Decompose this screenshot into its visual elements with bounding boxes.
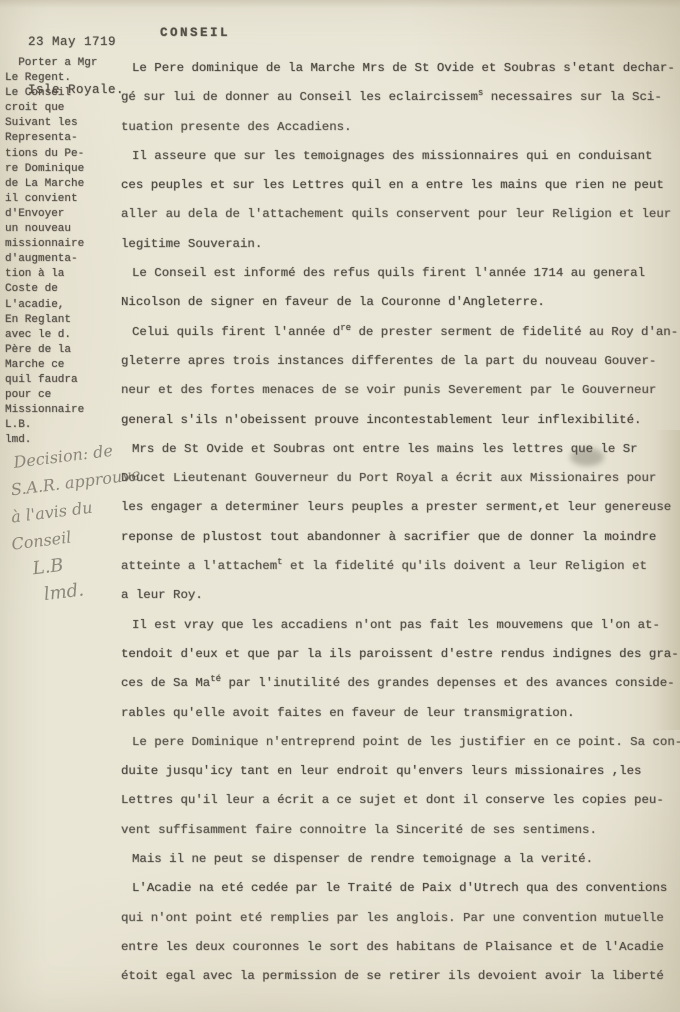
body-text: legitime Souverain. bbox=[121, 237, 262, 251]
superscript-abbreviation: re bbox=[340, 323, 351, 333]
body-line: Mrs de St Ovide et Soubras ont entre les… bbox=[121, 435, 677, 464]
body-line: aller au dela de l'attachement quils con… bbox=[121, 200, 677, 229]
body-line: ces de Sa Maté par l'inutilité des grand… bbox=[121, 669, 677, 698]
document-body: Le Pere dominique de la Marche Mrs de St… bbox=[121, 54, 677, 992]
scanned-document-page: 23 May 1719 Isle Royale. CONSEIL Porter … bbox=[0, 0, 680, 1012]
margin-line: L'acadie, bbox=[5, 298, 119, 313]
body-text: Le Conseil est informé des refus quils f… bbox=[132, 266, 645, 280]
body-text: Il asseure que sur les temoignages des m… bbox=[132, 149, 653, 163]
body-text: par l'inutilité des grandes depenses et … bbox=[221, 676, 675, 690]
margin-line: L.B. bbox=[5, 418, 119, 433]
body-line: a leur Roy. bbox=[121, 581, 677, 610]
body-text: necessaires sur la Sci- bbox=[483, 90, 661, 104]
body-text: gé sur lui de donner au Conseil les ecla… bbox=[121, 90, 478, 104]
document-date: 23 May 1719 bbox=[28, 34, 124, 50]
body-text: reponse de plustost tout abandonner à sa… bbox=[121, 530, 656, 544]
body-line: les engager a determiner leurs peuples a… bbox=[121, 493, 677, 522]
margin-line: pour ce bbox=[5, 388, 119, 403]
body-text: Mais il ne peut se dispenser de rendre t… bbox=[132, 852, 593, 866]
margin-line: Porter a Mgr bbox=[5, 56, 119, 71]
body-text: vent suffisamment faire connoitre la Sin… bbox=[121, 823, 597, 837]
body-line: gé sur lui de donner au Conseil les ecla… bbox=[121, 83, 677, 112]
margin-line: de La Marche bbox=[5, 177, 119, 192]
body-text: L'Acadie na eté cedée par le Traité de P… bbox=[132, 881, 667, 895]
margin-line: croit que bbox=[5, 101, 119, 116]
margin-line: un nouveau bbox=[5, 222, 119, 237]
body-text: entre les deux couronnes le sort des hab… bbox=[121, 940, 664, 954]
margin-line: Le Regent. bbox=[5, 71, 119, 86]
body-line: Celui quils firent l'année dre de preste… bbox=[121, 318, 677, 347]
body-text: Il est vray que les accadiens n'ont pas … bbox=[132, 618, 660, 632]
body-line: Doucet Lieutenant Gouverneur du Port Roy… bbox=[121, 464, 677, 493]
body-text: Nicolson de signer en faveur de la Couro… bbox=[121, 295, 545, 309]
body-text: Lettres qu'il leur a écrit a ce sujet et… bbox=[121, 793, 664, 807]
margin-line: tions du Pe- bbox=[5, 147, 119, 162]
superscript-abbreviation: té bbox=[210, 674, 221, 684]
margin-line: Marche ce bbox=[5, 358, 119, 373]
body-line: Le pere Dominique n'entreprend point de … bbox=[121, 728, 677, 757]
body-text: Le pere Dominique n'entreprend point de … bbox=[132, 735, 680, 749]
margin-line: d'Envoyer bbox=[5, 207, 119, 222]
body-text: Mrs de St Ovide et Soubras ont entre les… bbox=[132, 442, 638, 456]
margin-line: Père de la bbox=[5, 343, 119, 358]
body-line: Le Pere dominique de la Marche Mrs de St… bbox=[121, 54, 677, 83]
body-line: tuation presente des Accadiens. bbox=[121, 113, 677, 142]
body-text: les engager a determiner leurs peuples a… bbox=[121, 500, 671, 514]
body-line: Le Conseil est informé des refus quils f… bbox=[121, 259, 677, 288]
margin-line: Coste de bbox=[5, 282, 119, 297]
margin-line: quil faudra bbox=[5, 373, 119, 388]
body-text: a leur Roy. bbox=[121, 588, 203, 602]
body-text: duite jusqu'icy tant en leur endroit qu'… bbox=[121, 764, 642, 778]
body-text: Le Pere dominique de la Marche Mrs de St… bbox=[132, 61, 675, 75]
margin-line: d'augmenta- bbox=[5, 252, 119, 267]
body-text: tuation presente des Accadiens. bbox=[121, 120, 352, 134]
body-line: Il asseure que sur les temoignages des m… bbox=[121, 142, 677, 171]
body-line: reponse de plustost tout abandonner à sa… bbox=[121, 523, 677, 552]
body-line: étoit egal avec la permission de se reti… bbox=[121, 962, 677, 991]
body-line: qui n'ont point eté remplies par les ang… bbox=[121, 904, 677, 933]
body-text: Celui quils firent l'année d bbox=[132, 325, 340, 339]
body-text: general s'ils n'obeissent prouve inconte… bbox=[121, 413, 642, 427]
body-text: gleterre apres trois instances different… bbox=[121, 354, 656, 368]
margin-line: il convient bbox=[5, 192, 119, 207]
body-line: vent suffisamment faire connoitre la Sin… bbox=[121, 816, 677, 845]
body-text: rables qu'elle avoit faites en faveur de… bbox=[121, 706, 575, 720]
body-line: L'Acadie na eté cedée par le Traité de P… bbox=[121, 874, 677, 903]
margin-line: Suivant les bbox=[5, 116, 119, 131]
body-line: legitime Souverain. bbox=[121, 230, 677, 259]
margin-line: Missionnaire bbox=[5, 403, 119, 418]
document-title: CONSEIL bbox=[160, 26, 230, 40]
body-line: neur et des fortes menaces de se voir pu… bbox=[121, 376, 677, 405]
body-line: gleterre apres trois instances different… bbox=[121, 347, 677, 376]
body-text: aller au dela de l'attachement quils con… bbox=[121, 207, 671, 221]
body-text: ces de Sa Ma bbox=[121, 676, 210, 690]
margin-line: tion à la bbox=[5, 267, 119, 282]
body-line: rables qu'elle avoit faites en faveur de… bbox=[121, 699, 677, 728]
body-text: étoit egal avec la permission de se reti… bbox=[121, 969, 664, 983]
body-text: tendoit d'eux et que par la ils paroisse… bbox=[121, 647, 679, 661]
margin-line: Le Conseil bbox=[5, 86, 119, 101]
body-text: Doucet Lieutenant Gouverneur du Port Roy… bbox=[121, 471, 656, 485]
margin-line: En Reglant bbox=[5, 313, 119, 328]
body-line: entre les deux couronnes le sort des hab… bbox=[121, 933, 677, 962]
body-text: ces peuples et sur les Lettres quil en a… bbox=[121, 178, 664, 192]
body-line: Nicolson de signer en faveur de la Couro… bbox=[121, 288, 677, 317]
margin-line: missionnaire bbox=[5, 237, 119, 252]
margin-line: Representa- bbox=[5, 131, 119, 146]
body-text: neur et des fortes menaces de se voir pu… bbox=[121, 383, 656, 397]
body-line: duite jusqu'icy tant en leur endroit qu'… bbox=[121, 757, 677, 786]
margin-line: avec le d. bbox=[5, 328, 119, 343]
body-text: et la fidelité qu'ils doivent a leur Rel… bbox=[283, 559, 647, 573]
body-text: de prester serment de fidelité au Roy d'… bbox=[351, 325, 678, 339]
body-text: atteinte a l'attachem bbox=[121, 559, 277, 573]
body-line: general s'ils n'obeissent prouve inconte… bbox=[121, 406, 677, 435]
body-line: Il est vray que les accadiens n'ont pas … bbox=[121, 611, 677, 640]
margin-line: re Dominique bbox=[5, 162, 119, 177]
margin-note: Porter a Mgr Le Regent. Le Conseil croit… bbox=[5, 56, 119, 448]
body-line: atteinte a l'attachemt et la fidelité qu… bbox=[121, 552, 677, 581]
body-text: qui n'ont point eté remplies par les ang… bbox=[121, 911, 664, 925]
body-line: Lettres qu'il leur a écrit a ce sujet et… bbox=[121, 786, 677, 815]
body-line: Mais il ne peut se dispenser de rendre t… bbox=[121, 845, 677, 874]
body-line: tendoit d'eux et que par la ils paroisse… bbox=[121, 640, 677, 669]
body-line: ces peuples et sur les Lettres quil en a… bbox=[121, 171, 677, 200]
